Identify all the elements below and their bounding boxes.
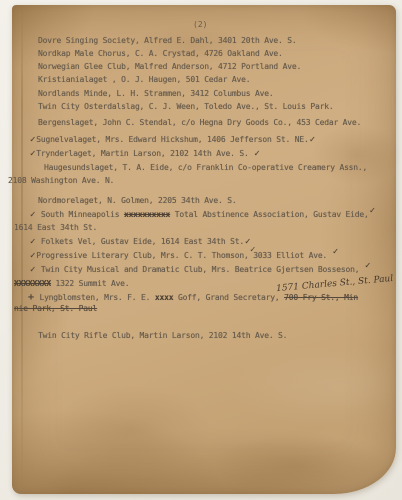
typed-line: Dovre Singing Society, Alfred E. Dahl, 3… [38, 36, 297, 45]
typed-line: Nordlands Minde, L. H. Strammen, 3412 Co… [38, 89, 273, 98]
typed-text: Lyngblomsten, Mrs. F. E. [39, 293, 154, 302]
struck-out-text: xxxxxxxxxx [124, 210, 170, 219]
checkmark-icon: ✓ [29, 210, 36, 220]
struck-out-text: 700 Fry St., Min [284, 293, 358, 302]
typed-line: ✓Trynderlaget, Martin Larson, 2102 14th … [29, 149, 260, 159]
typed-line-continuation: 2108 Washington Ave. N. [8, 176, 114, 185]
typed-line: Bergenslaget, John C. Stendal, c/o Hegna… [38, 118, 361, 127]
typed-text: Total Abstinence Association, Gustav Eid… [170, 210, 369, 219]
plus-mark-icon: + [27, 292, 35, 303]
typed-text: Progressive Literary Club, Mrs. C. T. Th… [36, 251, 327, 260]
paper-fold-edge [21, 5, 23, 494]
checkmark-icon: ✓ [29, 265, 36, 275]
typed-text: Folkets Vel, Gustav Eide, 1614 East 34th… [41, 237, 244, 246]
typed-text: Bergenslaget, John C. Stendal, c/o Hegna… [38, 118, 361, 127]
typed-text: Nordkap Male Chorus, C. A. Crystad, 4726… [38, 49, 283, 58]
typed-line: + Lyngblomsten, Mrs. F. E. xxxx Goff, Gr… [27, 292, 358, 303]
typed-line: ✓Sugnelvalaget, Mrs. Edward Hickshum, 14… [29, 135, 316, 145]
typed-text: South Minneapolis [41, 210, 124, 219]
typed-line: ✓ Twin City Musical and Dramatic Club, M… [29, 265, 371, 275]
checkmark-icon: ✓ [309, 135, 316, 145]
typed-text: Norwegian Glee Club, Malfred Anderson, 4… [38, 62, 301, 71]
typed-text: Sugnelvalaget, Mrs. Edward Hickshum, 140… [36, 135, 308, 144]
typed-line: Nordkap Male Chorus, C. A. Crystad, 4726… [38, 49, 283, 58]
page-number: (2) [193, 20, 207, 29]
typed-text: 2108 Washington Ave. N. [8, 176, 114, 185]
typed-line: ✓Progressive Literary Club, Mrs. C. T. T… [29, 251, 339, 261]
typed-text: 1614 East 34th St. [14, 223, 97, 232]
paper-stain [132, 25, 252, 65]
struck-out-text: XXXXXXXX [14, 279, 51, 288]
typed-text: Kristianialaget , O. J. Haugen, 501 Ceda… [38, 75, 250, 84]
typed-line: Kristianialaget , O. J. Haugen, 501 Ceda… [38, 75, 250, 84]
typed-line: ✓ Folkets Vel, Gustav Eide, 1614 East 34… [29, 237, 251, 247]
paper-stain [212, 435, 382, 495]
typed-line: ✓ South Minneapolis xxxxxxxxxx Total Abs… [29, 210, 376, 220]
paper-stain [312, 125, 402, 185]
typed-line: Norwegian Glee Club, Malfred Anderson, 4… [38, 62, 301, 71]
typed-text: Twin City Rifle Club, Martin Larson, 210… [38, 331, 287, 340]
typed-text: Twin City Osterdalslag, C. J. Ween, Tole… [38, 102, 333, 111]
typed-text: Trynderlaget, Martin Larson, 2102 14th A… [36, 149, 248, 158]
typed-line: Nordmorelaget, N. Golmen, 2205 34th Ave.… [38, 196, 237, 205]
struck-out-text: nie Park, St. Paul [14, 304, 97, 313]
typed-text: Haugesundslaget, T. A. Eide, c/o Frankli… [44, 163, 367, 172]
typed-text: Twin City Musical and Dramatic Club, Mrs… [41, 265, 360, 274]
typed-text: Goff, Grand Secretary, [173, 293, 284, 302]
typed-line: Twin City Rifle Club, Martin Larson, 210… [38, 331, 287, 340]
typed-line-continuation: nie Park, St. Paul [14, 304, 97, 313]
typed-text: 1322 Summit Ave. [51, 279, 129, 288]
typed-text: Dovre Singing Society, Alfred E. Dahl, 3… [38, 36, 297, 45]
checkmark-icon: ✓ [29, 237, 36, 247]
paper-stain [52, 385, 212, 475]
typed-line: Haugesundslaget, T. A. Eide, c/o Frankli… [44, 163, 367, 172]
checkmark-icon: ✓ [332, 247, 339, 257]
typed-text: Nordmorelaget, N. Golmen, 2205 34th Ave.… [38, 196, 237, 205]
typed-line-continuation: XXXXXXXX 1322 Summit Ave. [14, 279, 129, 288]
checkmark-icon: ✓ [253, 149, 260, 159]
typed-line-continuation: 1614 East 34th St. [14, 223, 97, 232]
checkmark-icon: ✓ [369, 206, 376, 216]
typed-line: Twin City Osterdalslag, C. J. Ween, Tole… [38, 102, 333, 111]
typed-text: Nordlands Minde, L. H. Strammen, 3412 Co… [38, 89, 273, 98]
struck-out-text: xxxx [155, 293, 173, 302]
checkmark-icon: ✓ [364, 261, 371, 271]
